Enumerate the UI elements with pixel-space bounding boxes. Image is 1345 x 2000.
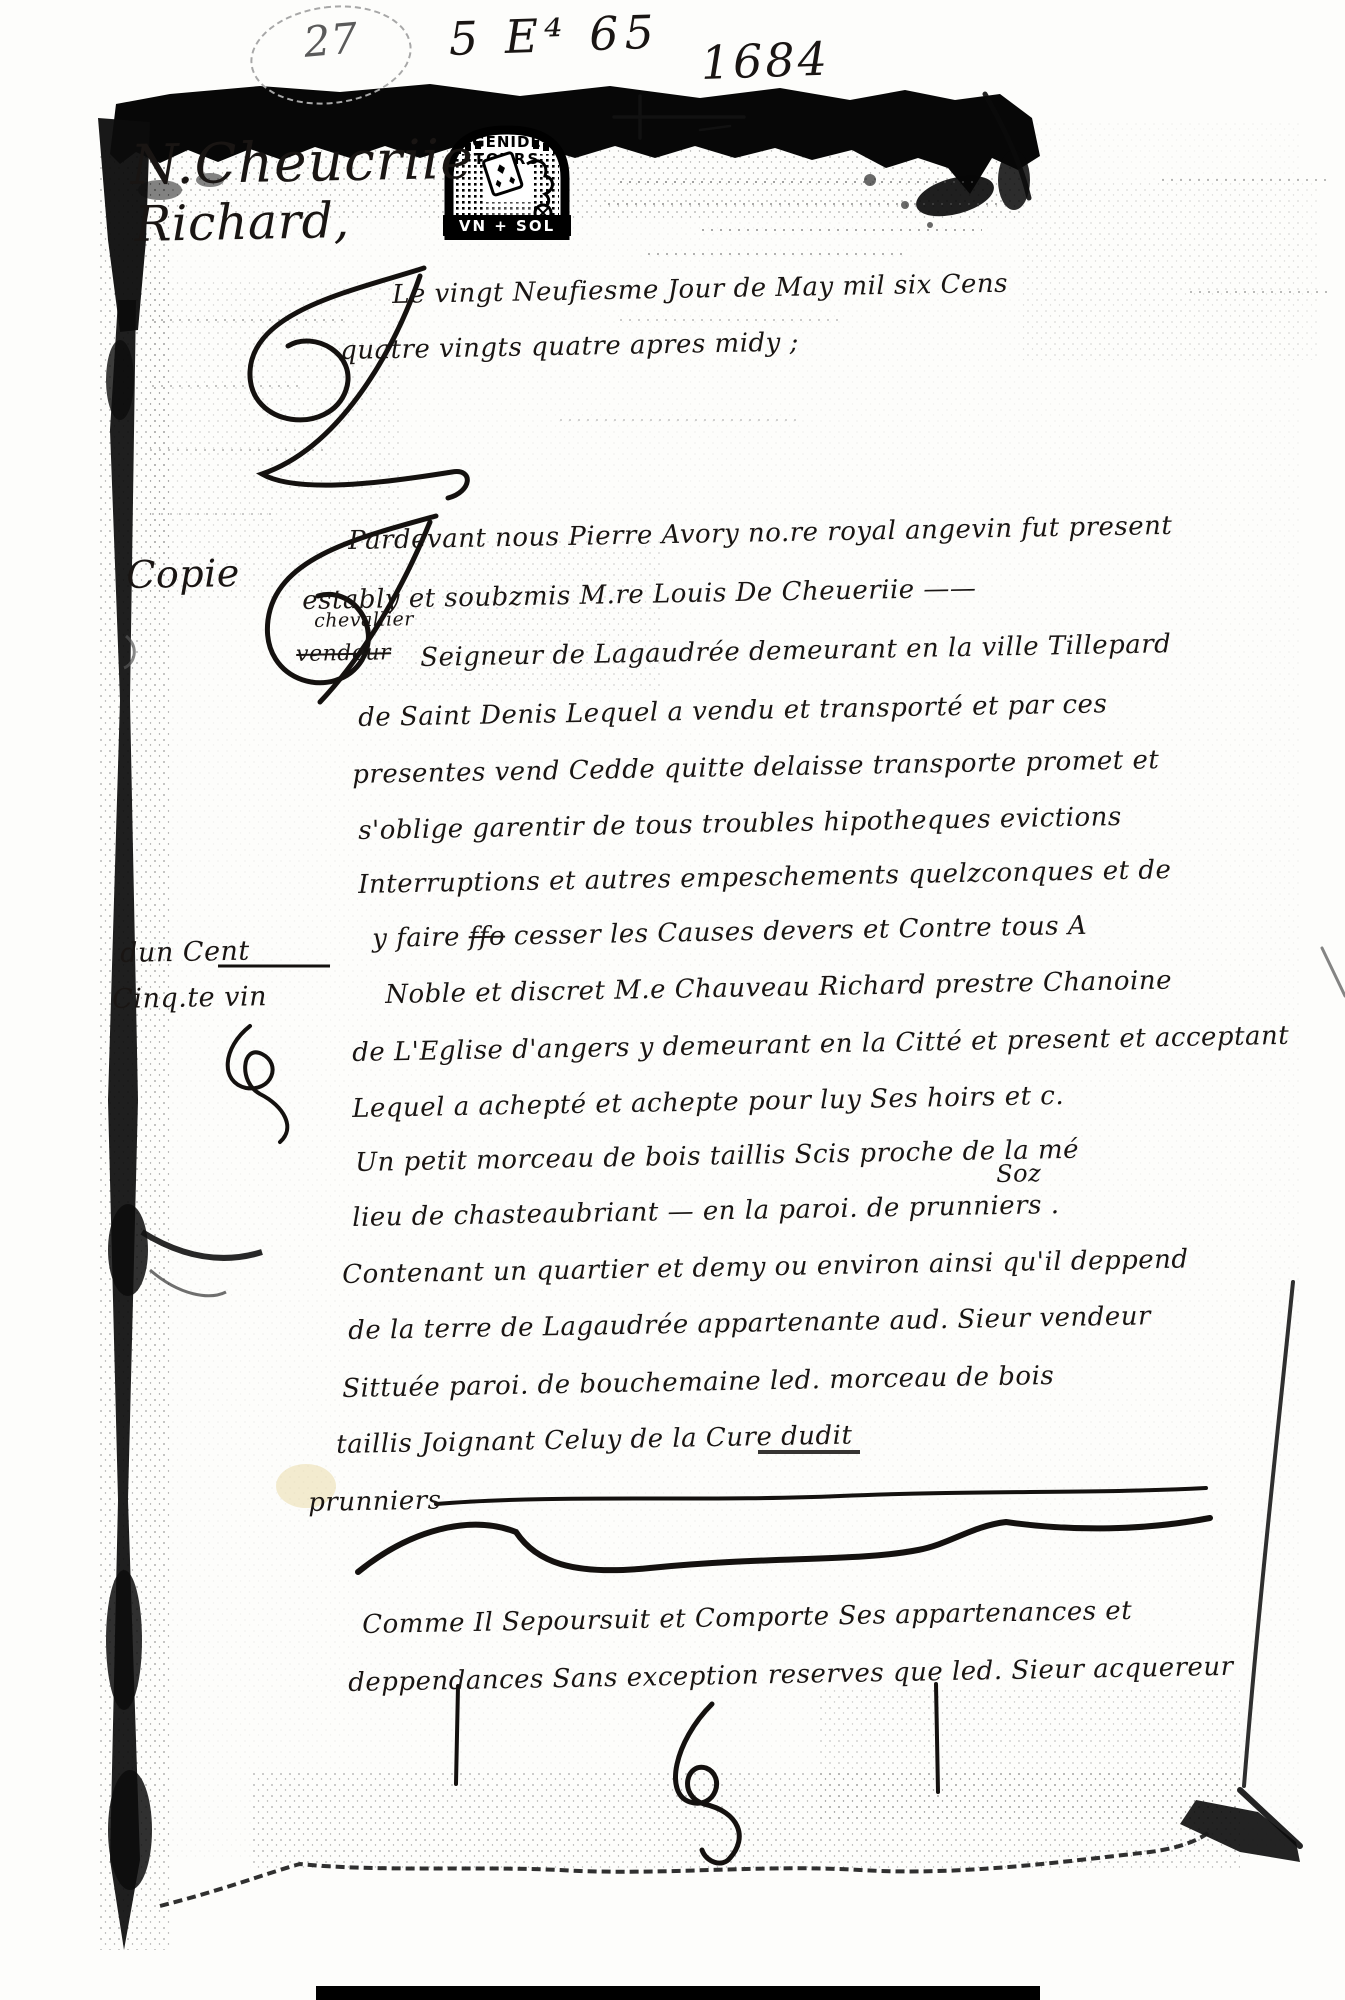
stamp-banner-text: VN + SOL [459,217,555,235]
circled-page-number: 27 [302,17,360,64]
scanned-notarial-deed: GENIDE TOVRS VN + SOL 27 5 E⁴ 65 1684 N.… [0,0,1345,2000]
margin-note-copie: Copie [126,554,240,594]
header-name-2: Richard, [134,196,350,249]
manuscript-line-20: prunniers [308,1488,442,1516]
header-name-1: N.Cheucriie [130,132,474,193]
margin-price-line1: dun Cent [120,938,250,967]
margin-price-line2: Cinq.te vin [112,983,267,1013]
archive-reference: 5 E⁴ 65 [448,9,661,62]
line10-struck: ffo [468,922,505,953]
line10-pre: y faire [372,922,469,954]
stamp-region-line1: GENIDE [472,133,541,151]
year-annotation: 1684 [700,35,831,85]
struck-word: vendeur [296,642,391,666]
scanner-edge-bar [316,1986,1040,2000]
manuscript-line-2: quatre vingts quatre apres midy ; [340,330,799,364]
